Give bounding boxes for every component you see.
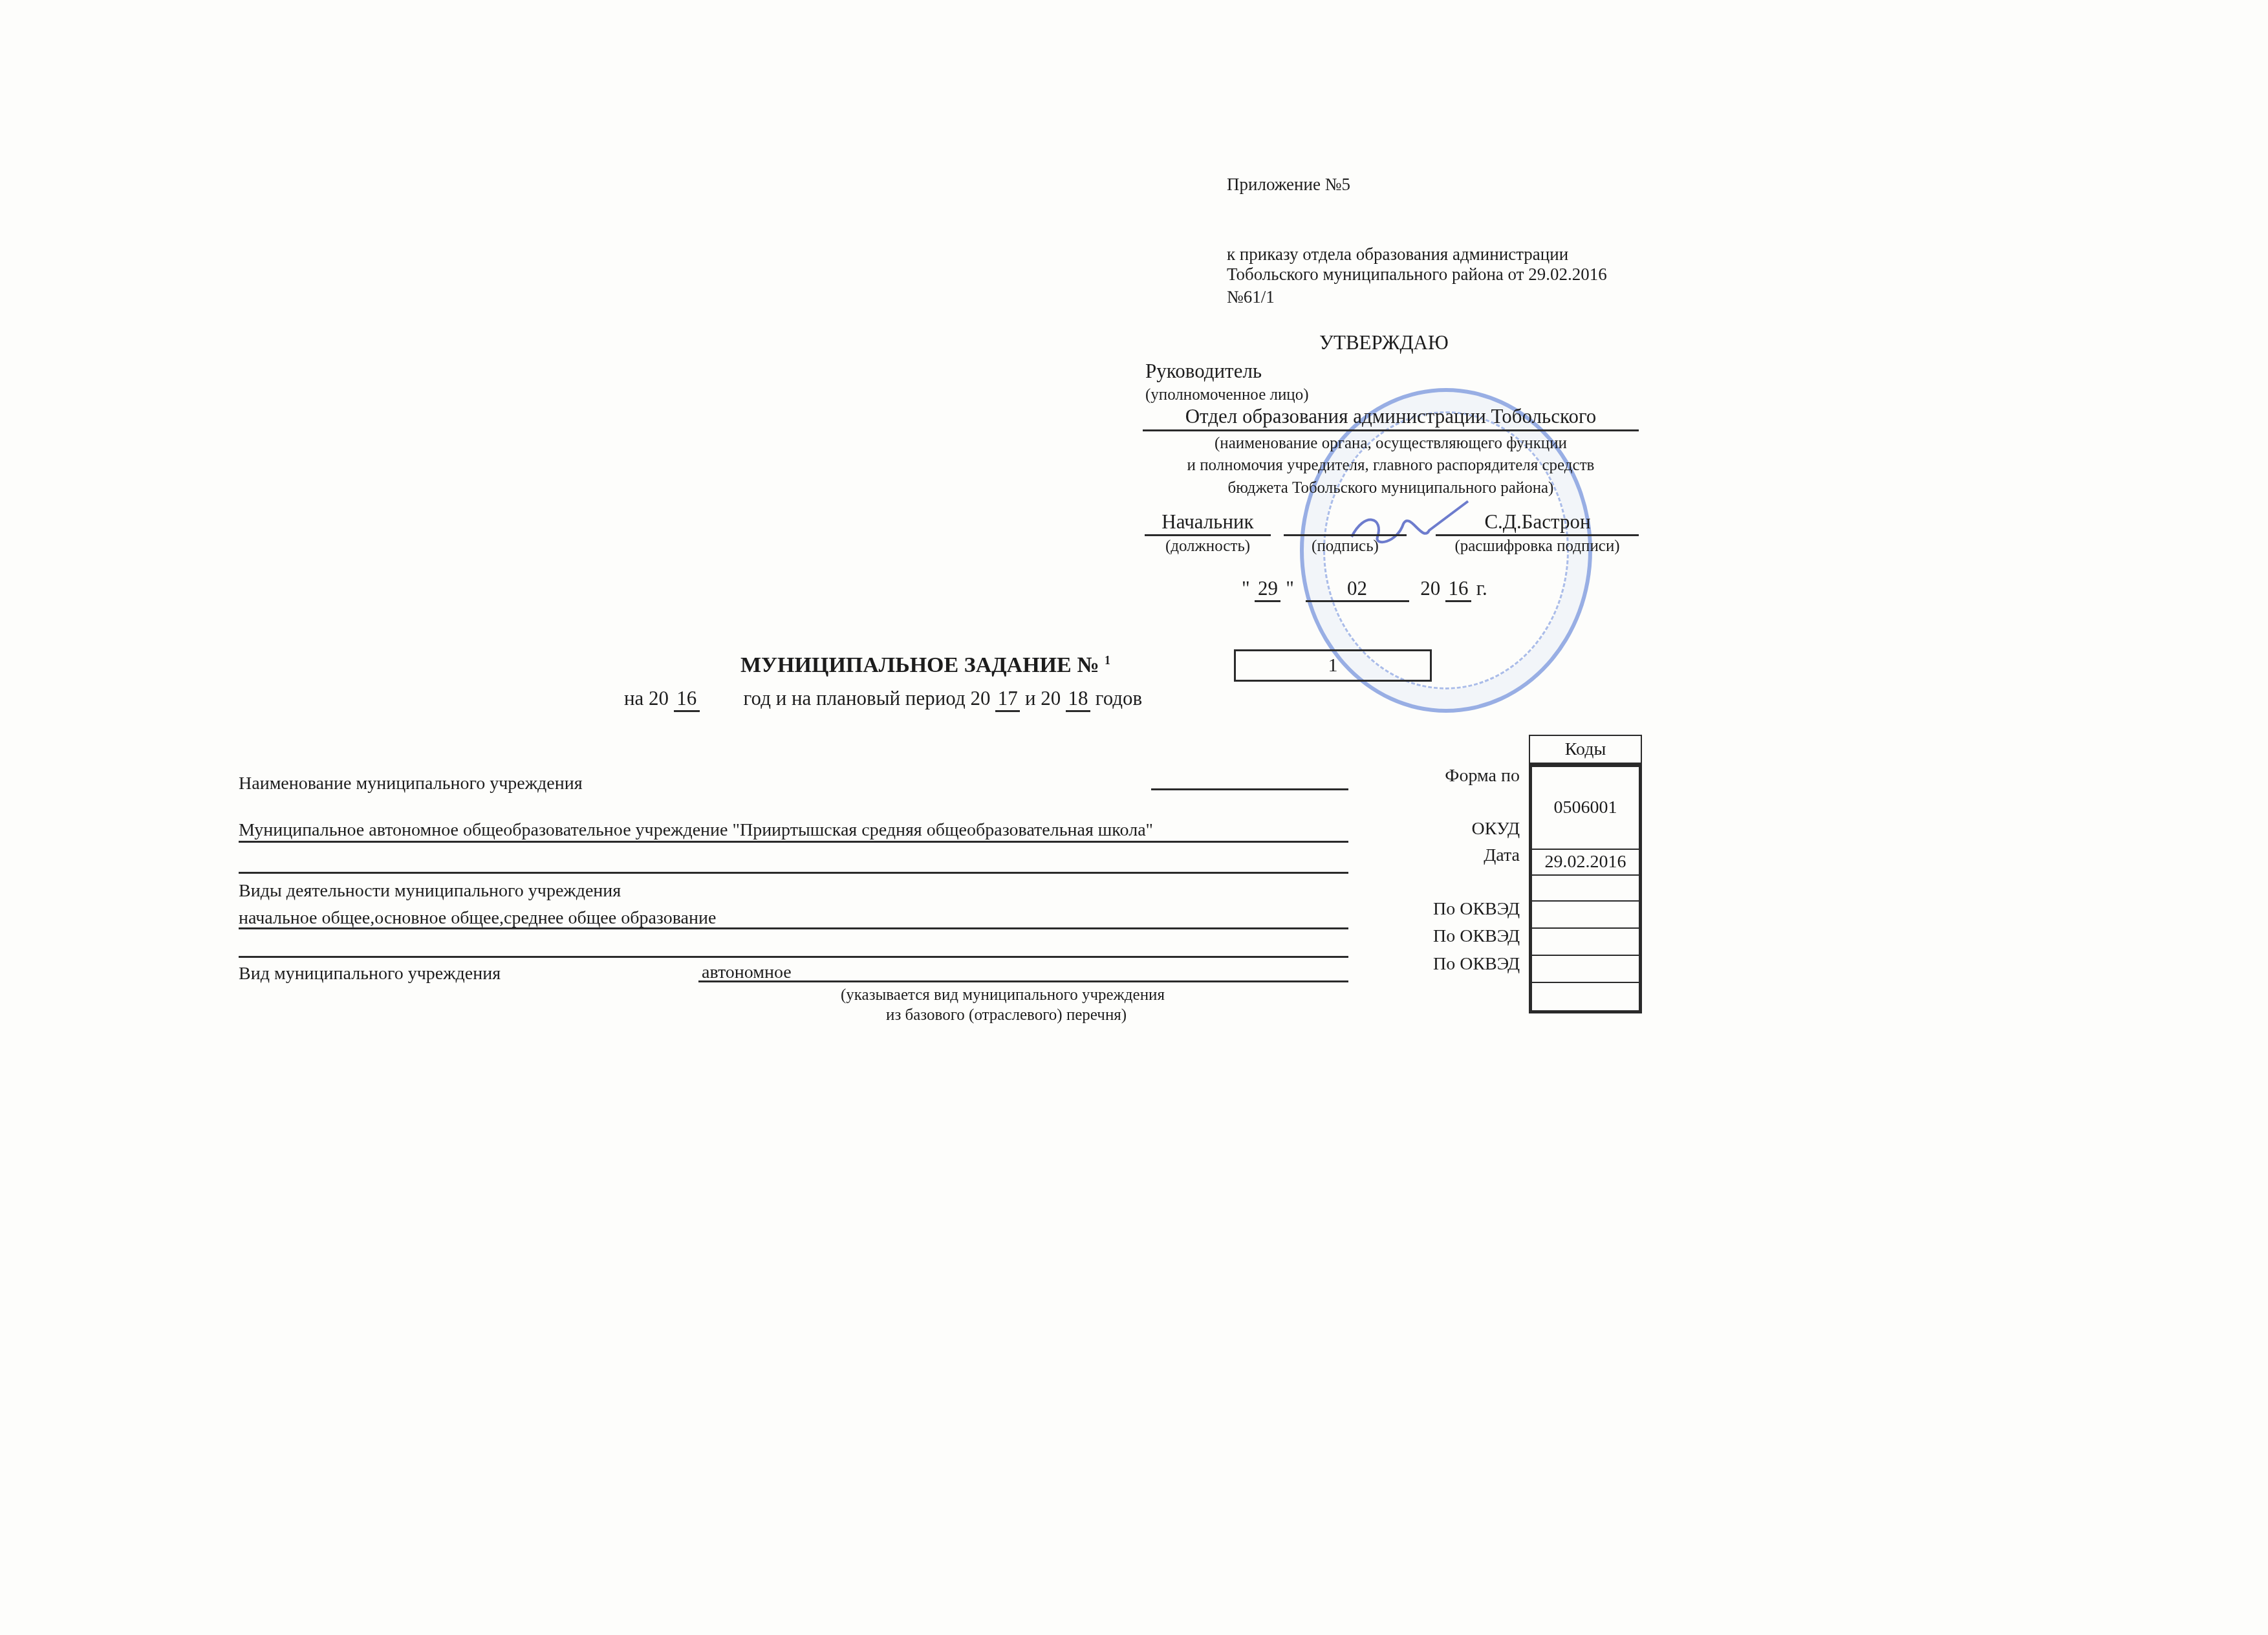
- title-text: МУНИЦИПАЛЬНОЕ ЗАДАНИЕ №: [740, 653, 1099, 677]
- okved-cell-3: [1532, 956, 1639, 983]
- code-cell-blank: [1532, 876, 1639, 902]
- organ-name: Отдел образования администрации Тобольск…: [1143, 405, 1639, 428]
- type-caption-1: (указывается вид муниципального учрежден…: [841, 986, 1165, 1004]
- okved-cell-1: [1532, 902, 1639, 929]
- okved-cell-2: [1532, 929, 1639, 956]
- order-line-1: к приказу отдела образования администрац…: [1227, 244, 1568, 265]
- position-caption: (должность): [1145, 537, 1271, 556]
- date-month: 02: [1306, 577, 1409, 602]
- position-underline: [1145, 534, 1271, 536]
- codes-header: Коды: [1529, 735, 1642, 764]
- code-cell-last: [1532, 983, 1639, 1010]
- blank-line-1: [239, 872, 1348, 874]
- head-sublabel: (уполномоченное лицо): [1145, 386, 1309, 404]
- signature-underline: [1284, 534, 1407, 536]
- task-number-box: 1: [1234, 649, 1432, 682]
- approval-date: " 29 " 02 20 16 г.: [1242, 577, 1487, 602]
- head-label: Руководитель: [1145, 360, 1262, 383]
- approval-title: УТВЕРЖДАЮ: [1319, 331, 1449, 354]
- date-suffix: г.: [1476, 577, 1487, 600]
- period-year2: 17: [995, 687, 1020, 712]
- signer-name: С.Д.Бастрон: [1439, 510, 1636, 534]
- signer-position: Начальник: [1145, 510, 1271, 534]
- document-title: МУНИЦИПАЛЬНОЕ ЗАДАНИЕ № 1: [740, 653, 1110, 678]
- date-year-prefix: 20: [1420, 577, 1440, 600]
- activities-value: начальное общее,основное общее,среднее о…: [239, 908, 716, 929]
- institution-label: Наименование муниципального учреждения: [239, 774, 583, 794]
- institution-name-underline: [239, 841, 1348, 843]
- period-year: 16: [674, 687, 700, 712]
- period-mid: год и на плановый период 20: [744, 687, 991, 709]
- type-label: Вид муниципального учреждения: [239, 964, 501, 984]
- okved-label-2: По ОКВЭД: [1433, 926, 1520, 947]
- type-underline: [698, 980, 1348, 982]
- title-footnote: 1: [1105, 654, 1110, 667]
- organ-underline: [1143, 429, 1639, 431]
- task-number: 1: [1328, 655, 1338, 677]
- date-cell: 29.02.2016: [1532, 850, 1639, 876]
- institution-name: Муниципальное автономное общеобразовател…: [239, 820, 1153, 841]
- okved-label-3: По ОКВЭД: [1433, 954, 1520, 975]
- organ-caption-2: и полномочия учредителя, главного распор…: [1143, 457, 1639, 475]
- decode-caption: (расшифровка подписи): [1436, 537, 1639, 556]
- date-quote-close: ": [1286, 577, 1294, 600]
- period-and: и 20: [1025, 687, 1061, 709]
- activities-label: Виды деятельности муниципального учрежде…: [239, 881, 621, 902]
- period-suffix: годов: [1096, 687, 1142, 709]
- type-caption-2: из базового (отраслевого) перечня): [886, 1006, 1127, 1024]
- okud-cell: 0506001: [1532, 767, 1639, 850]
- signer-name-underline: [1436, 534, 1639, 536]
- date-year: 16: [1445, 577, 1471, 602]
- appendix-label: Приложение №5: [1227, 175, 1350, 195]
- form-label-2: ОКУД: [1472, 819, 1520, 839]
- institution-label-underline: [1151, 788, 1348, 790]
- order-line-2: Тобольского муниципального района от 29.…: [1227, 265, 1607, 285]
- organ-caption-3: бюджета Тобольского муниципального район…: [1143, 479, 1639, 497]
- period-prefix: на 20: [624, 687, 669, 709]
- codes-table: Коды 0506001 29.02.2016: [1529, 735, 1642, 1013]
- blank-line-2: [239, 956, 1348, 958]
- date-label: Дата: [1484, 845, 1520, 866]
- form-label-1: Форма по: [1445, 766, 1520, 786]
- order-line-3: №61/1: [1227, 287, 1275, 307]
- date-day: 29: [1255, 577, 1280, 602]
- activities-underline: [239, 927, 1348, 929]
- okved-label-1: По ОКВЭД: [1433, 899, 1520, 920]
- period-line: на 20 16 год и на плановый период 20 17 …: [624, 687, 1142, 712]
- organ-caption-1: (наименование органа, осуществляющего фу…: [1143, 435, 1639, 453]
- codes-body: 0506001 29.02.2016: [1529, 764, 1642, 1013]
- signature-caption: (подпись): [1284, 537, 1407, 556]
- period-year3: 18: [1066, 687, 1090, 712]
- date-quote-open: ": [1242, 577, 1250, 600]
